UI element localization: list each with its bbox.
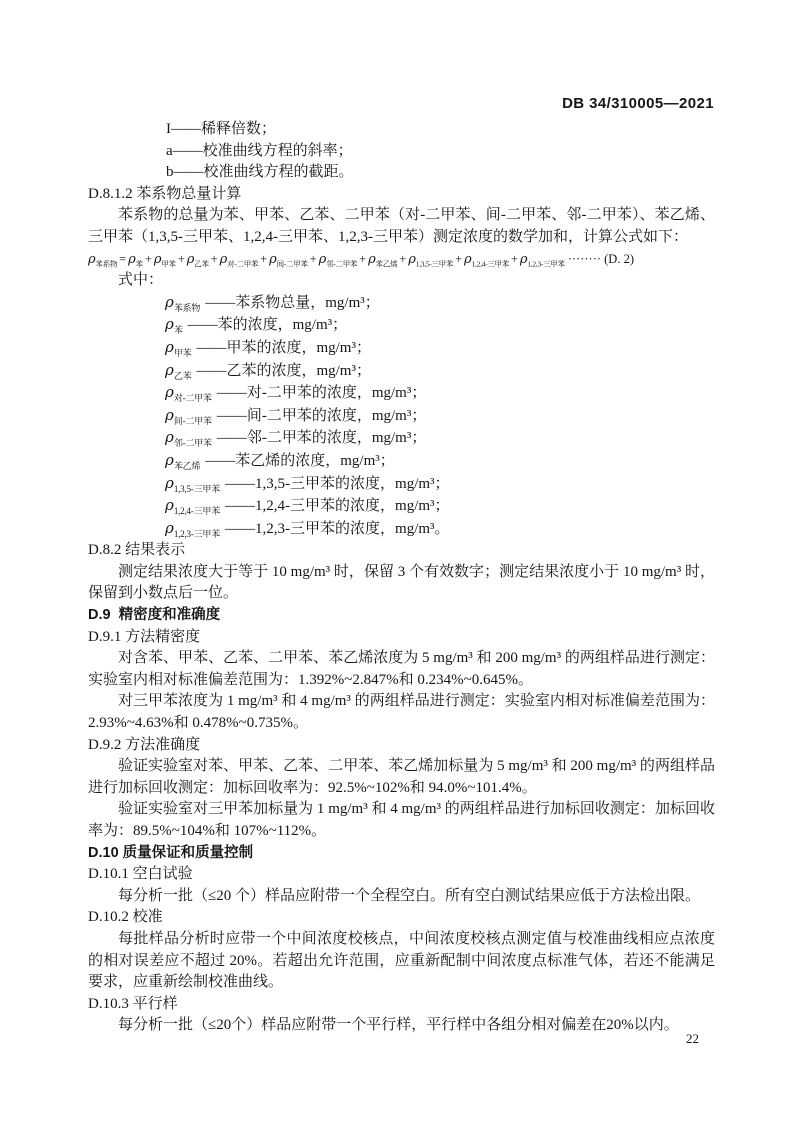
rho-symbol: ρ1,2,4-三甲苯 [165,498,220,514]
paragraph: 苯系物的总量为苯、甲苯、乙苯、二甲苯（对-二甲苯、间-二甲苯、邻-二甲苯）、苯乙… [88,205,715,248]
symbol-definition-item: ρ1,2,3-三甲苯——1,2,3-三甲苯的浓度，mg/m³。 [165,518,715,541]
rho-symbol: ρ苯系物 [88,252,117,266]
rho-symbol: ρ甲苯 [154,252,176,266]
formula-d2: ρ苯系物=ρ苯+ρ甲苯+ρ乙苯+ρ对-二甲苯+ρ间-二甲苯+ρ邻-二甲苯+ρ苯乙… [88,249,715,271]
paragraph: 式中： [88,270,715,292]
document-body: I——稀释倍数；a——校准曲线方程的斜率；b——校准曲线方程的截距。D.8.1.… [88,119,715,1037]
rho-symbol: ρ苯 [165,317,183,333]
document-page: DB 34/310005—2021 I——稀释倍数；a——校准曲线方程的斜率；b… [0,0,793,1122]
symbol-definition-item: ρ间-二甲苯——间-二甲苯的浓度，mg/m³； [165,405,715,428]
rho-symbol: ρ间-二甲苯 [165,408,212,424]
paragraph: 对三甲苯浓度为 1 mg/m³ 和 4 mg/m³ 的两组样品进行测定：实验室内… [88,691,715,734]
rho-symbol: ρ1,2,3-三甲苯 [165,521,220,537]
paragraph: 测定结果浓度大于等于 10 mg/m³ 时，保留 3 个有效数字；测定结果浓度小… [88,562,715,605]
operator: + [211,252,218,266]
paragraph: 验证实验室对三甲苯加标量为 1 mg/m³ 和 4 mg/m³ 的两组样品进行加… [88,799,715,842]
section-heading: D.9 精密度和准确度 [88,605,715,627]
symbol-description: ——1,2,3-三甲苯的浓度，mg/m³。 [225,521,450,537]
rho-symbol: ρ苯乙烯 [165,453,200,469]
variable-definitions: I——稀释倍数；a——校准曲线方程的斜率；b——校准曲线方程的截距。 [166,119,715,184]
doc-number: DB 34/310005—2021 [562,95,714,112]
symbol-definition-item: ρ苯——苯的浓度，mg/m³； [165,314,715,337]
rho-symbol: ρ对-二甲苯 [220,252,259,266]
rho-symbol: ρ邻-二甲苯 [319,252,358,266]
page-number: 22 [686,1031,699,1047]
rho-symbol: ρ1,3,5-三甲苯 [408,252,453,266]
section-heading: D.8.1.2 苯系物总量计算 [88,184,715,206]
section-heading: D.10.3 平行样 [88,994,715,1016]
symbol-description: ——1,3,5-三甲苯的浓度，mg/m³； [225,476,450,492]
rho-symbol: ρ甲苯 [165,340,191,356]
symbol-definition-item: ρ1,3,5-三甲苯——1,3,5-三甲苯的浓度，mg/m³； [165,473,715,496]
operator: + [310,252,317,266]
rho-symbol: ρ苯系物 [165,295,200,311]
variable-definition-item: b——校准曲线方程的截距。 [166,162,715,184]
operator: + [359,252,366,266]
rho-symbol: ρ邻-二甲苯 [165,430,212,446]
section-heading: D.8.2 结果表示 [88,540,715,562]
rho-symbol: ρ间-二甲苯 [269,252,308,266]
rho-symbol: ρ乙苯 [165,363,191,379]
variable-definition-item: a——校准曲线方程的斜率； [166,141,715,163]
symbol-description: ——对-二甲苯的浓度，mg/m³； [217,385,427,401]
symbol-definition-item: ρ对-二甲苯——对-二甲苯的浓度，mg/m³； [165,382,715,405]
section-heading: D.10 质量保证和质量控制 [88,843,715,865]
paragraph: 对含苯、甲苯、乙苯、二甲苯、苯乙烯浓度为 5 mg/m³ 和 200 mg/m³… [88,648,715,691]
symbol-definition-item: ρ乙苯——乙苯的浓度，mg/m³； [165,360,715,383]
symbol-definition-item: ρ苯乙烯——苯乙烯的浓度，mg/m³； [165,450,715,473]
symbol-description: ——邻-二甲苯的浓度，mg/m³； [217,430,427,446]
symbol-description: ——乙苯的浓度，mg/m³； [196,363,371,379]
section-heading: D.10.1 空白试验 [88,864,715,886]
symbol-description: ——1,2,4-三甲苯的浓度，mg/m³； [225,498,450,514]
symbol-definition-item: ρ苯系物——苯系物总量，mg/m³； [165,292,715,315]
paragraph: 验证实验室对苯、甲苯、乙苯、二甲苯、苯乙烯加标量为 5 mg/m³ 和 200 … [88,756,715,799]
section-heading: D.9.2 方法准确度 [88,735,715,757]
operator: + [145,252,152,266]
operator: + [399,252,406,266]
symbol-definition-item: ρ甲苯——甲苯的浓度，mg/m³； [165,337,715,360]
paragraph: 每分析一批（≤20个）样品应附带一个平行样，平行样中各组分相对偏差在20%以内。 [88,1015,715,1037]
symbol-description: ——苯的浓度，mg/m³； [188,317,348,333]
operator: + [455,252,462,266]
rho-symbol: ρ1,2,4-三甲苯 [464,252,509,266]
rho-symbol: ρ苯 [128,252,143,266]
rho-symbol: ρ苯乙烯 [368,252,397,266]
rho-symbol: ρ乙苯 [187,252,209,266]
rho-symbol: ρ1,3,5-三甲苯 [165,476,220,492]
section-heading: D.9.1 方法精密度 [88,627,715,649]
symbol-description: ——苯系物总量，mg/m³； [205,295,380,311]
operator: + [178,252,185,266]
symbol-definitions: ρ苯系物——苯系物总量，mg/m³；ρ苯——苯的浓度，mg/m³；ρ甲苯——甲苯… [165,292,715,541]
symbol-description: ——苯乙烯的浓度，mg/m³； [205,453,395,469]
symbol-description: ——甲苯的浓度，mg/m³； [196,340,371,356]
paragraph: 每批样品分析时应带一个中间浓度校核点，中间浓度校核点测定值与校准曲线相应点浓度的… [88,929,715,994]
formula-label: ········ (D. 2) [568,252,634,266]
rho-symbol: ρ对-二甲苯 [165,385,212,401]
symbol-description: ——间-二甲苯的浓度，mg/m³； [217,408,427,424]
paragraph: 每分析一批（≤20 个）样品应附带一个全程空白。所有空白测试结果应低于方法检出限… [88,886,715,908]
variable-definition-item: I——稀释倍数； [166,119,715,141]
operator: + [511,252,518,266]
operator: = [119,252,126,266]
symbol-definition-item: ρ1,2,4-三甲苯——1,2,4-三甲苯的浓度，mg/m³； [165,495,715,518]
section-heading: D.10.2 校准 [88,907,715,929]
operator: + [260,252,267,266]
rho-symbol: ρ1,2,3-三甲苯 [520,252,565,266]
symbol-definition-item: ρ邻-二甲苯——邻-二甲苯的浓度，mg/m³； [165,427,715,450]
